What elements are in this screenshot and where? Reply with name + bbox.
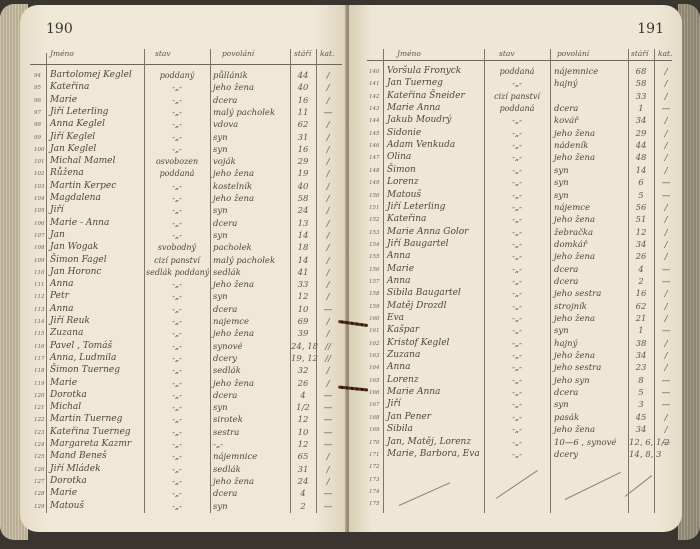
row-number: 111 xyxy=(34,282,45,288)
age: 12 xyxy=(291,440,315,450)
occupation: dcera xyxy=(213,489,237,499)
occupation: syn xyxy=(213,231,228,241)
header-occupation: povolání xyxy=(557,49,589,65)
category-mark: / xyxy=(317,219,339,229)
row-number: 143 xyxy=(369,106,380,112)
row-number: 167 xyxy=(369,402,380,408)
age: 19, 12 xyxy=(291,354,315,364)
category-mark: / xyxy=(317,157,339,167)
category-mark: / xyxy=(317,206,339,216)
person-name: Kateřina xyxy=(387,214,426,224)
category-mark: / xyxy=(655,129,677,139)
status: -„- xyxy=(486,79,548,88)
status: -„- xyxy=(146,428,208,437)
person-name: Eva xyxy=(387,313,404,323)
status: -„- xyxy=(486,228,548,237)
status: cizí panství xyxy=(146,256,208,265)
occupation: sedlák xyxy=(213,465,241,475)
header-stav: stav xyxy=(155,49,171,65)
person-name: Marie xyxy=(50,95,77,105)
age: 26 xyxy=(291,379,315,389)
age: 23 xyxy=(629,363,653,373)
occupation: dcera xyxy=(554,277,578,287)
occupation: syn xyxy=(554,326,569,336)
occupation: dcera xyxy=(554,265,578,275)
status: -„- xyxy=(486,450,548,459)
status: -„- xyxy=(486,438,548,447)
person-name: Pavel , Tomáš xyxy=(50,341,112,351)
row-number: 127 xyxy=(34,479,45,485)
age: 3 xyxy=(629,400,653,410)
category-mark: — xyxy=(655,400,677,410)
row-number: 140 xyxy=(369,69,380,75)
row-number: 142 xyxy=(369,94,380,100)
status: -„- xyxy=(486,326,548,335)
category-mark: / xyxy=(655,240,677,250)
person-name: Michal xyxy=(50,402,81,412)
person-name: Bartolomej Keglel xyxy=(50,70,132,80)
row-number: 169 xyxy=(369,427,380,433)
occupation: sedlák xyxy=(213,268,241,278)
status: -„- xyxy=(146,305,208,314)
status: -„- xyxy=(486,314,548,323)
age: 62 xyxy=(629,302,653,312)
status: -„- xyxy=(486,141,548,150)
row-number: 129 xyxy=(34,504,45,510)
age: 31 xyxy=(291,133,315,143)
occupation: jeho žena xyxy=(213,280,254,290)
age: 31 xyxy=(291,465,315,475)
category-mark: / xyxy=(317,268,339,278)
person-name: Anna Keglel xyxy=(50,119,105,129)
row-number: 99 xyxy=(34,135,41,141)
occupation: syn xyxy=(213,292,228,302)
status: -„- xyxy=(146,194,208,203)
age: 5 xyxy=(629,388,653,398)
person-name: Marie xyxy=(50,488,77,498)
status: -„- xyxy=(146,317,208,326)
row-number: 95 xyxy=(34,85,41,91)
row-number: 112 xyxy=(34,294,45,300)
occupation: kovář xyxy=(554,116,578,126)
age: 33 xyxy=(291,280,315,290)
category-mark: — xyxy=(317,403,339,413)
row-number: 102 xyxy=(34,171,45,177)
status: -„- xyxy=(146,477,208,486)
age: 13 xyxy=(291,219,315,229)
category-mark: / xyxy=(317,329,339,339)
row-number: 170 xyxy=(369,440,380,446)
age: 24 xyxy=(291,477,315,487)
age: 4 xyxy=(291,391,315,401)
row-number: 144 xyxy=(369,118,380,124)
row-number: 96 xyxy=(34,98,41,104)
category-mark: / xyxy=(655,79,677,89)
row-number: 119 xyxy=(34,381,45,387)
category-mark: — xyxy=(655,277,677,287)
category-mark: / xyxy=(655,228,677,238)
header-age: stáří xyxy=(294,49,311,65)
category-mark: / xyxy=(655,339,677,349)
person-name: Jan xyxy=(50,230,65,240)
category-mark: — xyxy=(655,388,677,398)
person-name: Jiří Leterling xyxy=(387,202,445,212)
header-kat: kat. xyxy=(320,49,334,65)
age: 34 xyxy=(629,240,653,250)
status: -„- xyxy=(146,342,208,351)
page-number: 190 xyxy=(46,21,73,37)
age: 51 xyxy=(629,215,653,225)
header-kat: kat. xyxy=(658,49,672,65)
row-number: 116 xyxy=(34,344,45,350)
status: -„- xyxy=(486,240,548,249)
status: -„- xyxy=(146,182,208,191)
row-number: 108 xyxy=(34,245,45,251)
age: 62 xyxy=(291,120,315,130)
age: 41 xyxy=(291,268,315,278)
row-number: 125 xyxy=(34,454,45,460)
occupation: dcery xyxy=(554,450,578,460)
person-name: Jiří Reuk xyxy=(50,316,90,326)
status: -„- xyxy=(486,116,548,125)
category-mark: / xyxy=(317,96,339,106)
occupation: dcera xyxy=(213,219,237,229)
category-mark: — xyxy=(655,178,677,188)
category-mark: / xyxy=(317,83,339,93)
status: -„- xyxy=(486,191,548,200)
row-number: 171 xyxy=(369,452,380,458)
category-mark: / xyxy=(655,92,677,102)
row-number: 117 xyxy=(34,356,45,362)
status: -„- xyxy=(486,203,548,212)
age: 19 xyxy=(291,169,315,179)
category-mark: / xyxy=(655,289,677,299)
age: 14 xyxy=(291,256,315,266)
status: svobodný xyxy=(146,243,208,252)
row-number: 120 xyxy=(34,393,45,399)
person-name: Jiří Mládek xyxy=(50,464,101,474)
status: -„- xyxy=(486,400,548,409)
category-mark: — xyxy=(655,265,677,275)
person-name: Kristof Keglel xyxy=(387,338,449,348)
person-name: Kateřina xyxy=(50,82,89,92)
age: 29 xyxy=(291,157,315,167)
occupation: jeho žena xyxy=(554,314,595,324)
occupation: jeho žena xyxy=(554,129,595,139)
occupation: jeho syn xyxy=(554,376,590,386)
row-number: 124 xyxy=(34,442,45,448)
age: 40 xyxy=(291,182,315,192)
row-number: 152 xyxy=(369,217,380,223)
person-name: Jan Horonc xyxy=(50,267,101,277)
category-mark: — xyxy=(655,191,677,201)
age: 40 xyxy=(291,83,315,93)
row-number: 149 xyxy=(369,180,380,186)
occupation: vdova xyxy=(213,120,238,130)
row-number: 103 xyxy=(34,184,45,190)
occupation: pacholek xyxy=(213,243,252,253)
header-age: stáří xyxy=(631,49,648,65)
occupation: synové xyxy=(213,342,243,352)
status: cizí panství xyxy=(486,92,548,101)
status: -„- xyxy=(486,166,548,175)
person-name: Jiří Baugartel xyxy=(387,239,449,249)
person-name: Zuzana xyxy=(50,328,83,338)
category-mark: / xyxy=(317,194,339,204)
occupation: jeho žena xyxy=(213,477,254,487)
status: -„- xyxy=(146,502,208,511)
occupation: syn xyxy=(554,191,569,201)
status: poddaná xyxy=(486,67,548,76)
occupation: sirotek xyxy=(213,415,243,425)
category-mark: / xyxy=(655,351,677,361)
left-page: 190 Jméno stav povolání stáří kat. 94Bar… xyxy=(20,5,347,532)
status: -„- xyxy=(146,206,208,215)
category-mark: — xyxy=(655,104,677,114)
occupation: syn xyxy=(213,145,228,155)
age: 45 xyxy=(629,413,653,423)
row-number: 100 xyxy=(34,147,45,153)
status: -„- xyxy=(486,376,548,385)
occupation: jeho sestra xyxy=(554,289,601,299)
person-name: Jiří Keglel xyxy=(50,132,95,142)
page-number: 191 xyxy=(637,21,664,37)
status: -„- xyxy=(146,83,208,92)
status: -„- xyxy=(146,108,208,117)
category-mark: — xyxy=(317,108,339,118)
category-mark: / xyxy=(317,292,339,302)
person-name: Olina xyxy=(387,152,411,162)
age: 4 xyxy=(629,265,653,275)
person-name: Matouš xyxy=(50,501,84,511)
row-number: 109 xyxy=(34,258,45,264)
person-name: Marie Anna Golor xyxy=(387,227,468,237)
status: -„- xyxy=(146,465,208,474)
occupation: jeho sestra xyxy=(554,363,601,373)
row-number: 151 xyxy=(369,205,380,211)
occupation: syn xyxy=(213,403,228,413)
row-number: 101 xyxy=(34,159,45,165)
person-name: Matěj Drozdl xyxy=(387,301,447,311)
category-mark: / xyxy=(655,215,677,225)
status: -„- xyxy=(486,425,548,434)
category-mark: / xyxy=(655,203,677,213)
row-number: 113 xyxy=(34,307,45,313)
category-mark: / xyxy=(317,317,339,327)
age: 16 xyxy=(291,145,315,155)
row-number: 147 xyxy=(369,155,380,161)
age: 1 xyxy=(629,104,653,114)
age: 12 xyxy=(291,292,315,302)
person-name: Anna, Ludmila xyxy=(50,353,116,363)
category-mark: — xyxy=(655,438,677,448)
row-number: 162 xyxy=(369,341,380,347)
age: 16 xyxy=(291,96,315,106)
person-name: Adam Venkuda xyxy=(387,140,455,150)
occupation: 10—6 , synové xyxy=(554,438,616,448)
category-mark: / xyxy=(655,67,677,77)
age: 1/2 xyxy=(291,403,315,413)
row-number: 166 xyxy=(369,390,380,396)
row-number: 114 xyxy=(34,319,45,325)
person-name: Margareta Kazmr xyxy=(50,439,131,449)
age: 12 xyxy=(629,228,653,238)
occupation: pasák xyxy=(554,413,579,423)
age: 10 xyxy=(291,305,315,315)
row-number: 141 xyxy=(369,81,380,87)
occupation: -„- xyxy=(213,440,223,450)
status: -„- xyxy=(486,302,548,311)
person-name: Lorenz xyxy=(387,177,419,187)
occupation: nádeník xyxy=(554,141,588,151)
occupation: voják xyxy=(213,157,236,167)
person-name: Anna xyxy=(387,276,410,286)
header-rule xyxy=(367,60,672,61)
status: -„- xyxy=(146,231,208,240)
occupation: jeho žena xyxy=(213,379,254,389)
person-name: Anna xyxy=(50,304,73,314)
category-mark: / xyxy=(655,314,677,324)
status: -„- xyxy=(486,178,548,187)
occupation: jeho žena xyxy=(554,153,595,163)
age: 12 xyxy=(291,415,315,425)
category-mark: — xyxy=(317,305,339,315)
age: 32 xyxy=(291,366,315,376)
age: 14, 8, 3 xyxy=(629,450,653,460)
person-name: Jan Keglel xyxy=(50,144,96,154)
status: -„- xyxy=(146,145,208,154)
right-page: 191 Jméno stav povolání stáří kat. 140Vo… xyxy=(349,5,682,532)
age: 39 xyxy=(291,329,315,339)
person-name: Kateřina Tuerneg xyxy=(50,427,131,437)
age: 8 xyxy=(629,376,653,386)
row-number: 105 xyxy=(34,208,45,214)
row-number: 98 xyxy=(34,122,41,128)
status: -„- xyxy=(146,452,208,461)
status: -„- xyxy=(486,215,548,224)
category-mark: / xyxy=(317,120,339,130)
row-number: 163 xyxy=(369,353,380,359)
person-name: Sidonie xyxy=(387,128,421,138)
person-name: Mand Beneš xyxy=(50,451,107,461)
row-number: 158 xyxy=(369,291,380,297)
occupation: dcera xyxy=(213,305,237,315)
row-number: 128 xyxy=(34,491,45,497)
category-mark: — xyxy=(317,415,339,425)
row-number: 175 xyxy=(369,501,380,507)
age: 29 xyxy=(629,129,653,139)
age: 14 xyxy=(629,166,653,176)
age: 1 xyxy=(629,326,653,336)
occupation: jeho žena xyxy=(554,215,595,225)
row-number: 107 xyxy=(34,233,45,239)
status: -„- xyxy=(146,415,208,424)
person-name: Jan Wogak xyxy=(50,242,98,252)
age: 44 xyxy=(629,141,653,151)
person-name: Martin Kerpec xyxy=(50,181,116,191)
person-name: Petr xyxy=(50,291,69,301)
row-number: 157 xyxy=(369,279,380,285)
category-mark: / xyxy=(317,71,339,81)
age: 34 xyxy=(629,351,653,361)
row-number: 126 xyxy=(34,467,45,473)
category-mark: / xyxy=(655,166,677,176)
status: -„- xyxy=(486,388,548,397)
age: 65 xyxy=(291,452,315,462)
occupation: malý pacholek xyxy=(213,256,275,266)
person-name: Anna xyxy=(387,362,410,372)
status: -„- xyxy=(146,219,208,228)
age: 69 xyxy=(291,317,315,327)
row-number: 155 xyxy=(369,254,380,260)
status: -„- xyxy=(486,363,548,372)
category-mark: / xyxy=(317,133,339,143)
status: -„- xyxy=(146,292,208,301)
header-stav: stav xyxy=(499,49,515,65)
row-number: 161 xyxy=(369,328,380,334)
row-number: 122 xyxy=(34,417,45,423)
row-number: 145 xyxy=(369,131,380,137)
occupation: domkář xyxy=(554,240,587,250)
status: -„- xyxy=(486,252,548,261)
person-name: Dorotka xyxy=(50,390,87,400)
person-name: Marie Anna xyxy=(387,103,440,113)
occupation: syn xyxy=(554,400,569,410)
person-name: Jiří Leterling xyxy=(50,107,108,117)
row-number: 160 xyxy=(369,316,380,322)
person-name: Jiří xyxy=(50,205,64,215)
age: 2 xyxy=(629,277,653,287)
age: 56 xyxy=(629,203,653,213)
category-mark: / xyxy=(317,231,339,241)
row-number: 123 xyxy=(34,430,45,436)
category-mark: / xyxy=(317,379,339,389)
status: poddaná xyxy=(146,169,208,178)
age: 68 xyxy=(629,67,653,77)
category-mark: — xyxy=(655,376,677,386)
occupation: jeho žena xyxy=(554,425,595,435)
row-number: 168 xyxy=(369,415,380,421)
person-name: Šimon Tuerneg xyxy=(50,365,120,375)
category-mark: / xyxy=(655,425,677,435)
category-mark: / xyxy=(317,256,339,266)
occupation: půllánik xyxy=(213,71,248,81)
age: 34 xyxy=(629,425,653,435)
age: 34 xyxy=(629,116,653,126)
person-name: Anna xyxy=(387,251,410,261)
category-mark: / xyxy=(317,280,339,290)
occupation: kostelník xyxy=(213,182,252,192)
status: -„- xyxy=(486,277,548,286)
age: 5 xyxy=(629,191,653,201)
status: -„- xyxy=(486,153,548,162)
person-name: Kašpar xyxy=(387,325,419,335)
row-number: 106 xyxy=(34,221,45,227)
category-mark: / xyxy=(317,477,339,487)
age: 2 xyxy=(291,502,315,512)
age: 38 xyxy=(629,339,653,349)
status: poddaná xyxy=(486,104,548,113)
row-number: 164 xyxy=(369,365,380,371)
status: -„- xyxy=(146,366,208,375)
person-name: Martin Tuerneg xyxy=(50,414,122,424)
row-number: 146 xyxy=(369,143,380,149)
category-mark: — xyxy=(317,391,339,401)
status: -„- xyxy=(146,391,208,400)
person-name: Marie, Barbora, Eva xyxy=(387,449,480,459)
occupation: dcery xyxy=(213,354,237,364)
category-mark: / xyxy=(655,363,677,373)
